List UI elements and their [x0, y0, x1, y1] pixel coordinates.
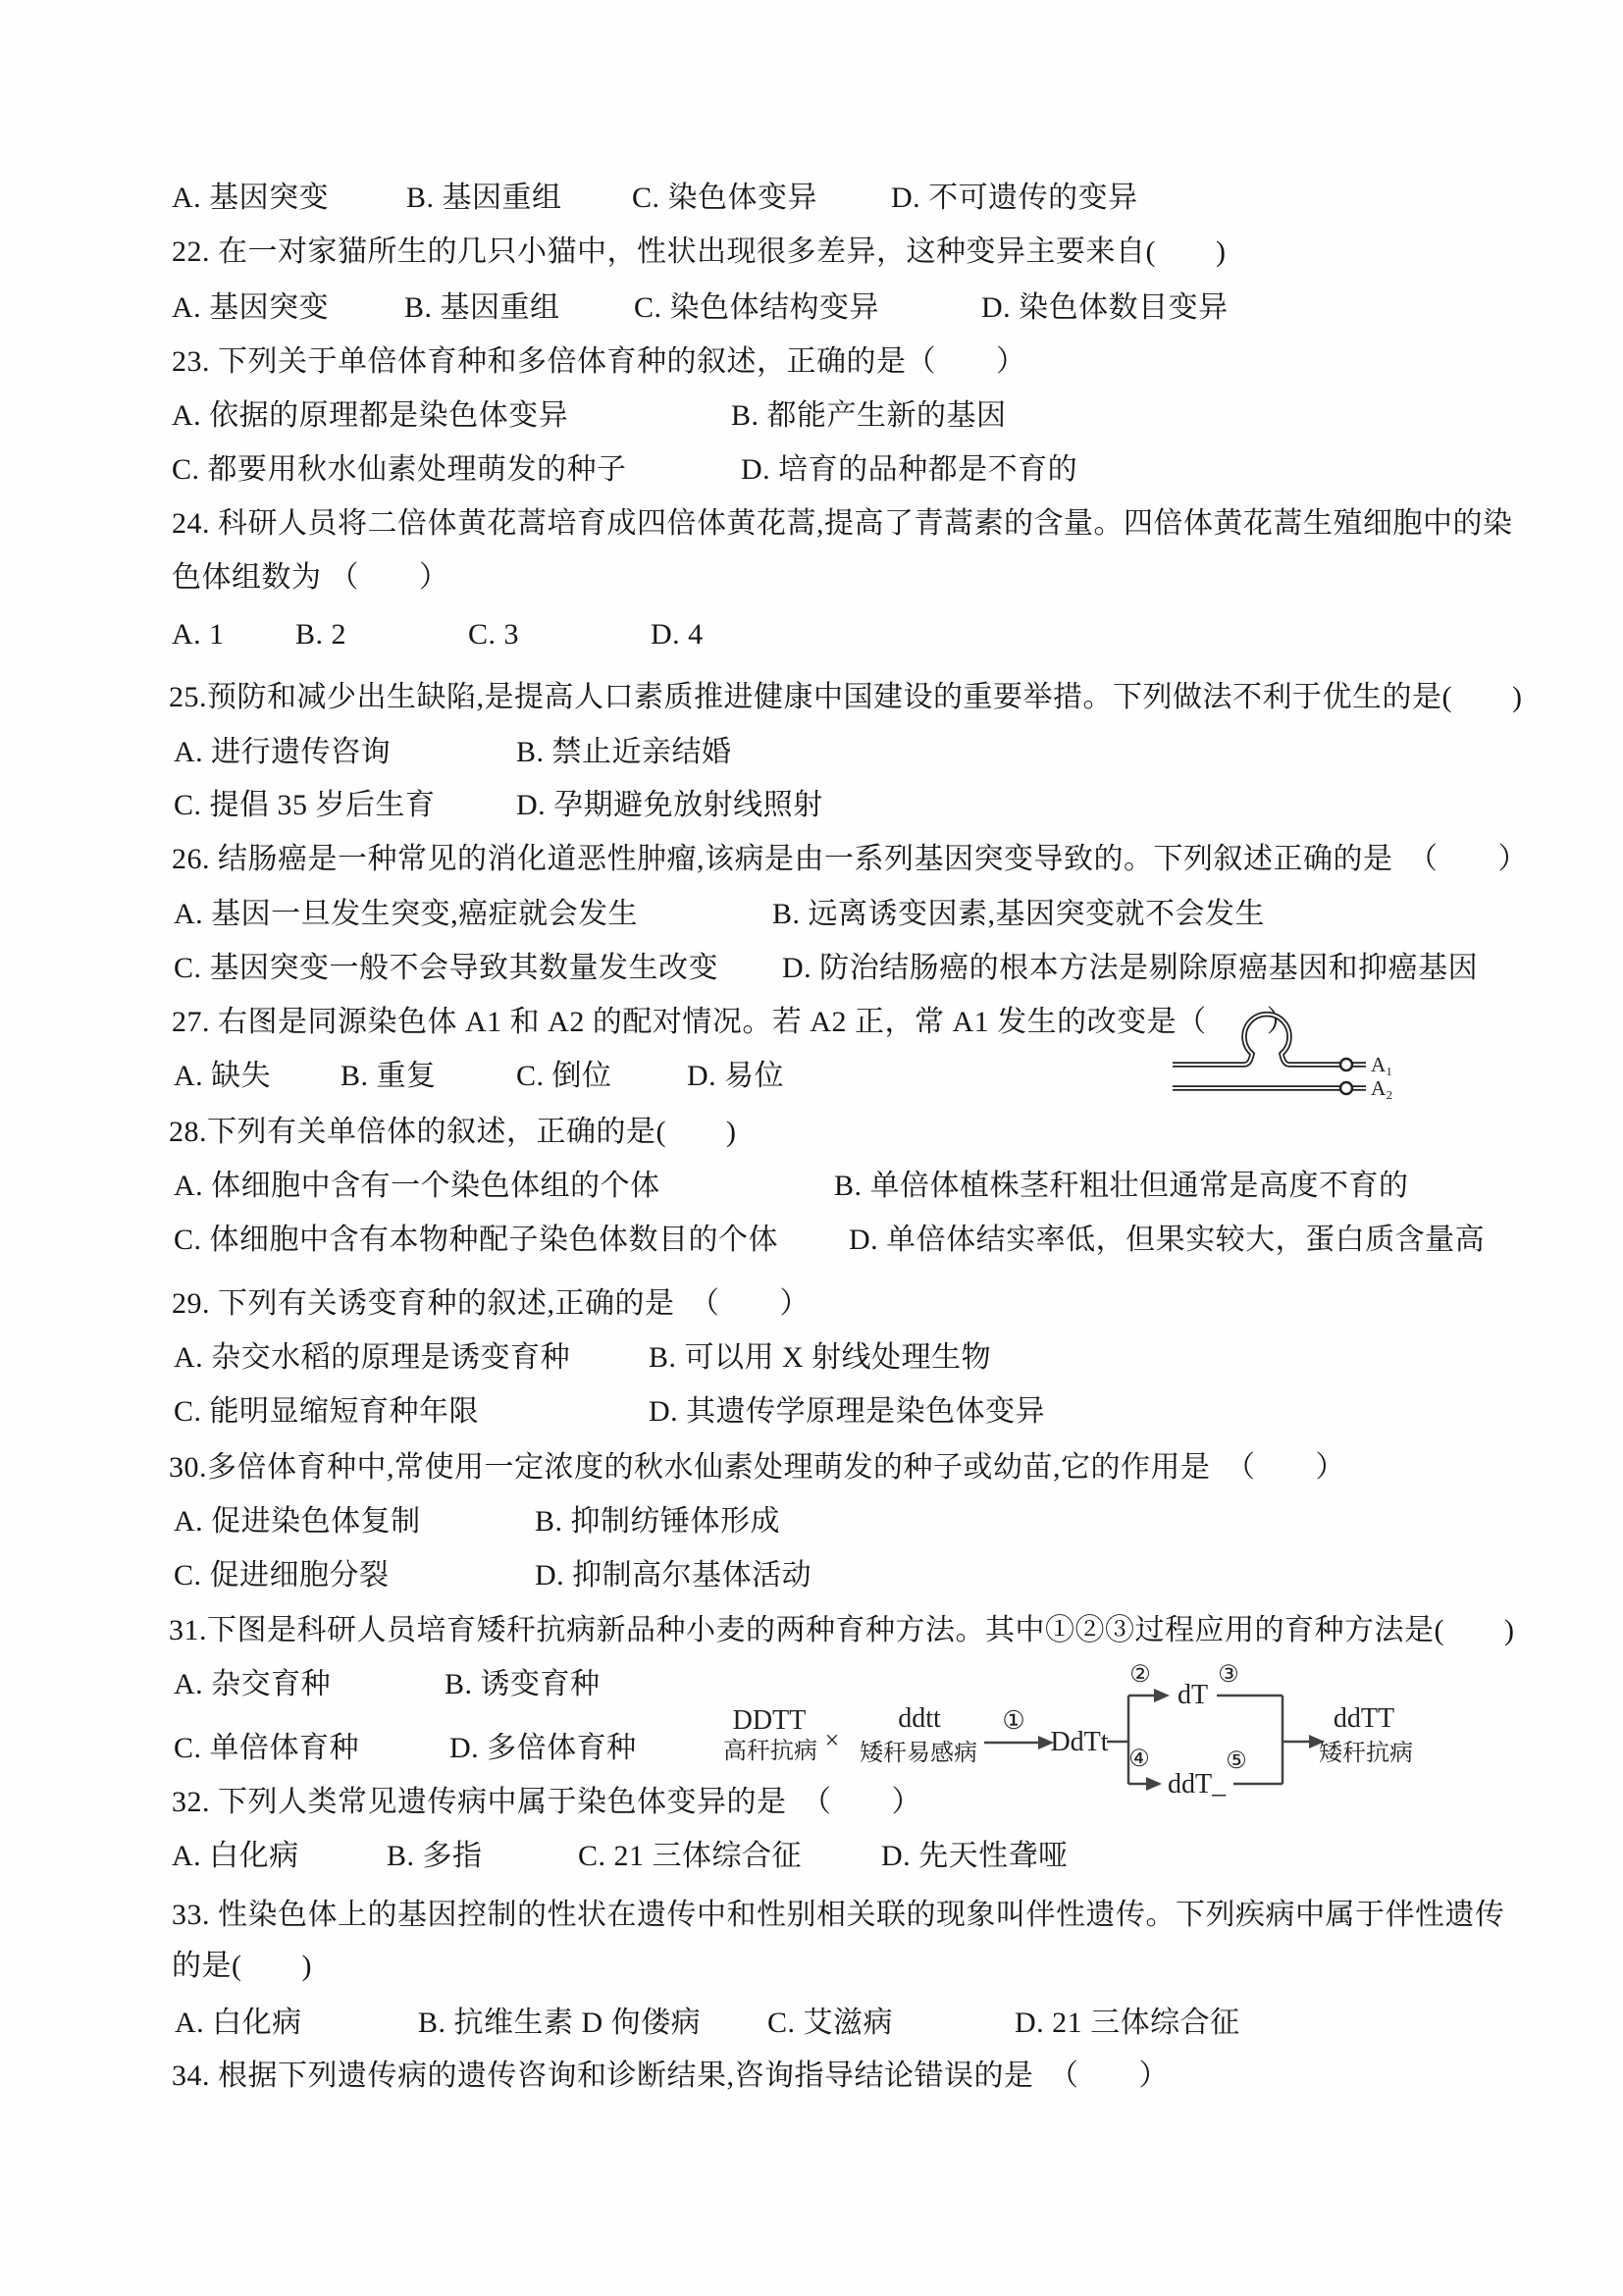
option-b: B. 可以用 X 射线处理生物 — [649, 1338, 991, 1378]
option-d: D. 染色体数目变异 — [981, 288, 1229, 328]
question-stem: 28.下列有关单倍体的叙述，正确的是( ) — [169, 1113, 736, 1152]
option-c: C. 21 三体综合征 — [578, 1837, 802, 1876]
option-a: A. 依据的原理都是染色体变异 — [172, 396, 568, 436]
option-b: B. 都能产生新的基因 — [731, 396, 1007, 436]
question-stem: 31.下图是科研人员培育矮秆抗病新品种小麦的两种育种方法。其中①②③过程应用的育… — [169, 1611, 1514, 1650]
option-a: A. 基因一旦发生突变,癌症就会发生 — [174, 895, 638, 934]
exam-page: A. 基因突变B. 基因重组C. 染色体变异D. 不可遗传的变异22. 在一对家… — [0, 0, 1623, 2296]
option-a: A. 杂交水稻的原理是诱变育种 — [174, 1338, 570, 1378]
option-c: C. 倒位 — [516, 1057, 612, 1096]
option-b: B. 2 — [295, 615, 346, 654]
option-b: B. 抗维生素 D 佝偻病 — [418, 2004, 701, 2043]
option-d: D. 21 三体综合征 — [1015, 2004, 1240, 2043]
chromosome-a1-label: A₁ — [1371, 1053, 1393, 1076]
parent2-genotype: ddtt — [898, 1703, 941, 1734]
option-d: D. 防治结肠癌的根本方法是剔除原癌基因和抑癌基因 — [782, 949, 1478, 988]
option-d: D. 先天性聋哑 — [881, 1837, 1069, 1876]
question-stem: 22. 在一对家猫所生的几只小猫中，性状出现很多差异，这种变异主要来自( ) — [172, 233, 1226, 272]
option-a: A. 促进染色体复制 — [174, 1502, 421, 1541]
option-c: C. 基因突变一般不会导致其数量发生改变 — [174, 949, 718, 988]
option-b: B. 禁止近亲结婚 — [516, 733, 732, 772]
step1-label: ① — [1002, 1706, 1024, 1735]
option-d: D. 孕期避免放射线照射 — [516, 786, 823, 825]
option-a: A. 白化病 — [175, 2004, 302, 2043]
option-c: C. 3 — [468, 615, 519, 654]
question-stem: 27. 右图是同源染色体 A1 和 A2 的配对情况。若 A2 正，常 A1 发… — [172, 1003, 1296, 1042]
step2-label: ② — [1129, 1662, 1151, 1688]
option-b: B. 基因重组 — [406, 179, 562, 218]
option-c: C. 染色体变异 — [632, 179, 817, 218]
chromosome-a1-body — [1173, 1015, 1340, 1065]
text-line-continuation: 的是( ) — [172, 1947, 312, 1986]
option-c: C. 染色体结构变异 — [634, 288, 879, 328]
parent1-genotype: DDTT — [733, 1705, 807, 1736]
option-d: D. 抑制高尔基体活动 — [535, 1556, 811, 1595]
question-stem: 29. 下列有关诱变育种的叙述,正确的是 （ ） — [172, 1284, 810, 1324]
parent2-phenotype: 矮秆易感病 — [860, 1740, 977, 1766]
option-b: B. 诱变育种 — [445, 1665, 601, 1704]
cross-symbol: × — [825, 1726, 840, 1754]
parent1-phenotype: 高秆抗病 — [723, 1738, 817, 1764]
option-a: A. 基因突变 — [172, 179, 329, 218]
option-d: D. 不可遗传的变异 — [891, 179, 1138, 218]
option-a: A. 白化病 — [172, 1837, 299, 1876]
question-stem: 24. 科研人员将二倍体黄花蒿培育成四倍体黄花蒿,提高了青蒿素的含量。四倍体黄花… — [172, 504, 1513, 544]
selected-genotype: ddT_ — [1168, 1769, 1227, 1800]
option-c: C. 单倍体育种 — [174, 1729, 359, 1768]
arrowhead-step4-icon — [1146, 1777, 1162, 1791]
option-d: D. 多倍体育种 — [449, 1729, 637, 1768]
option-d: D. 单倍体结实率低，但果实较大，蛋白质含量高 — [849, 1221, 1485, 1260]
f1-genotype: DdTt — [1050, 1727, 1108, 1757]
centromere-a2-icon — [1340, 1082, 1352, 1094]
breeding-scheme-diagram: DDTT 高秆抗病 × ddtt 矮秆易感病 ① DdTt ② dT ③ ④ d… — [687, 1658, 1442, 1800]
option-b: B. 抑制纺锤体形成 — [535, 1502, 780, 1541]
option-b: B. 重复 — [340, 1057, 437, 1096]
option-d: D. 易位 — [687, 1057, 784, 1096]
option-d: D. 其遗传学原理是染色体变异 — [649, 1392, 1045, 1432]
option-c: C. 艾滋病 — [767, 2004, 893, 2043]
question-stem: 25.预防和减少出生缺陷,是提高人口素质推进健康中国建设的重要举措。下列做法不利… — [169, 678, 1522, 717]
chromosome-a2-label: A₂ — [1371, 1076, 1393, 1100]
option-a: A. 基因突变 — [172, 288, 329, 328]
option-c: C. 体细胞中含有本物种配子染色体数目的个体 — [174, 1221, 778, 1260]
option-d: D. 4 — [651, 615, 704, 654]
haploid-genotype: dT — [1178, 1680, 1208, 1710]
option-b: B. 单倍体植株茎秆粗壮但通常是高度不育的 — [834, 1167, 1409, 1206]
option-c: C. 能明显缩短育种年限 — [174, 1392, 479, 1432]
step4-label: ④ — [1128, 1747, 1150, 1772]
option-c: C. 都要用秋水仙素处理萌发的种子 — [172, 450, 627, 490]
option-a: A. 杂交育种 — [174, 1665, 331, 1704]
option-a: A. 1 — [172, 615, 225, 654]
step5-label: ⑤ — [1226, 1748, 1247, 1774]
text-line-continuation: 色体组数为 （ ） — [172, 558, 449, 598]
result-genotype: ddTT — [1334, 1703, 1394, 1734]
question-stem: 26. 结肠癌是一种常见的消化道恶性肿瘤,该病是由一系列基因突变导致的。下列叙述… — [172, 840, 1528, 879]
result-phenotype: 矮秆抗病 — [1319, 1740, 1413, 1766]
option-b: B. 远离诱变因素,基因突变就不会发生 — [772, 895, 1265, 934]
centromere-a1-icon — [1340, 1059, 1352, 1070]
option-b: B. 基因重组 — [404, 288, 560, 328]
chromosome-pairing-diagram: A₁ A₂ — [1158, 999, 1442, 1102]
option-a: A. 进行遗传咨询 — [174, 733, 391, 772]
step3-label: ③ — [1218, 1662, 1239, 1688]
option-a: A. 体细胞中含有一个染色体组的个体 — [174, 1167, 660, 1206]
question-stem: 23. 下列关于单倍体育种和多倍体育种的叙述，正确的是（ ） — [172, 342, 1026, 382]
option-c: C. 提倡 35 岁后生育 — [174, 786, 436, 825]
option-d: D. 培育的品种都是不育的 — [741, 450, 1077, 490]
question-stem: 30.多倍体育种中,常使用一定浓度的秋水仙素处理萌发的种子或幼苗,它的作用是 （… — [169, 1448, 1345, 1487]
question-stem: 33. 性染色体上的基因控制的性状在遗传中和性别相关联的现象叫伴性遗传。下列疾病… — [172, 1896, 1505, 1935]
question-stem: 34. 根据下列遗传病的遗传咨询和诊断结果,咨询指导结论错误的是 （ ） — [172, 2057, 1169, 2096]
option-c: C. 促进细胞分裂 — [174, 1556, 390, 1595]
option-a: A. 缺失 — [174, 1057, 271, 1096]
arrowhead-step2-icon — [1154, 1689, 1170, 1702]
option-b: B. 多指 — [387, 1837, 483, 1876]
